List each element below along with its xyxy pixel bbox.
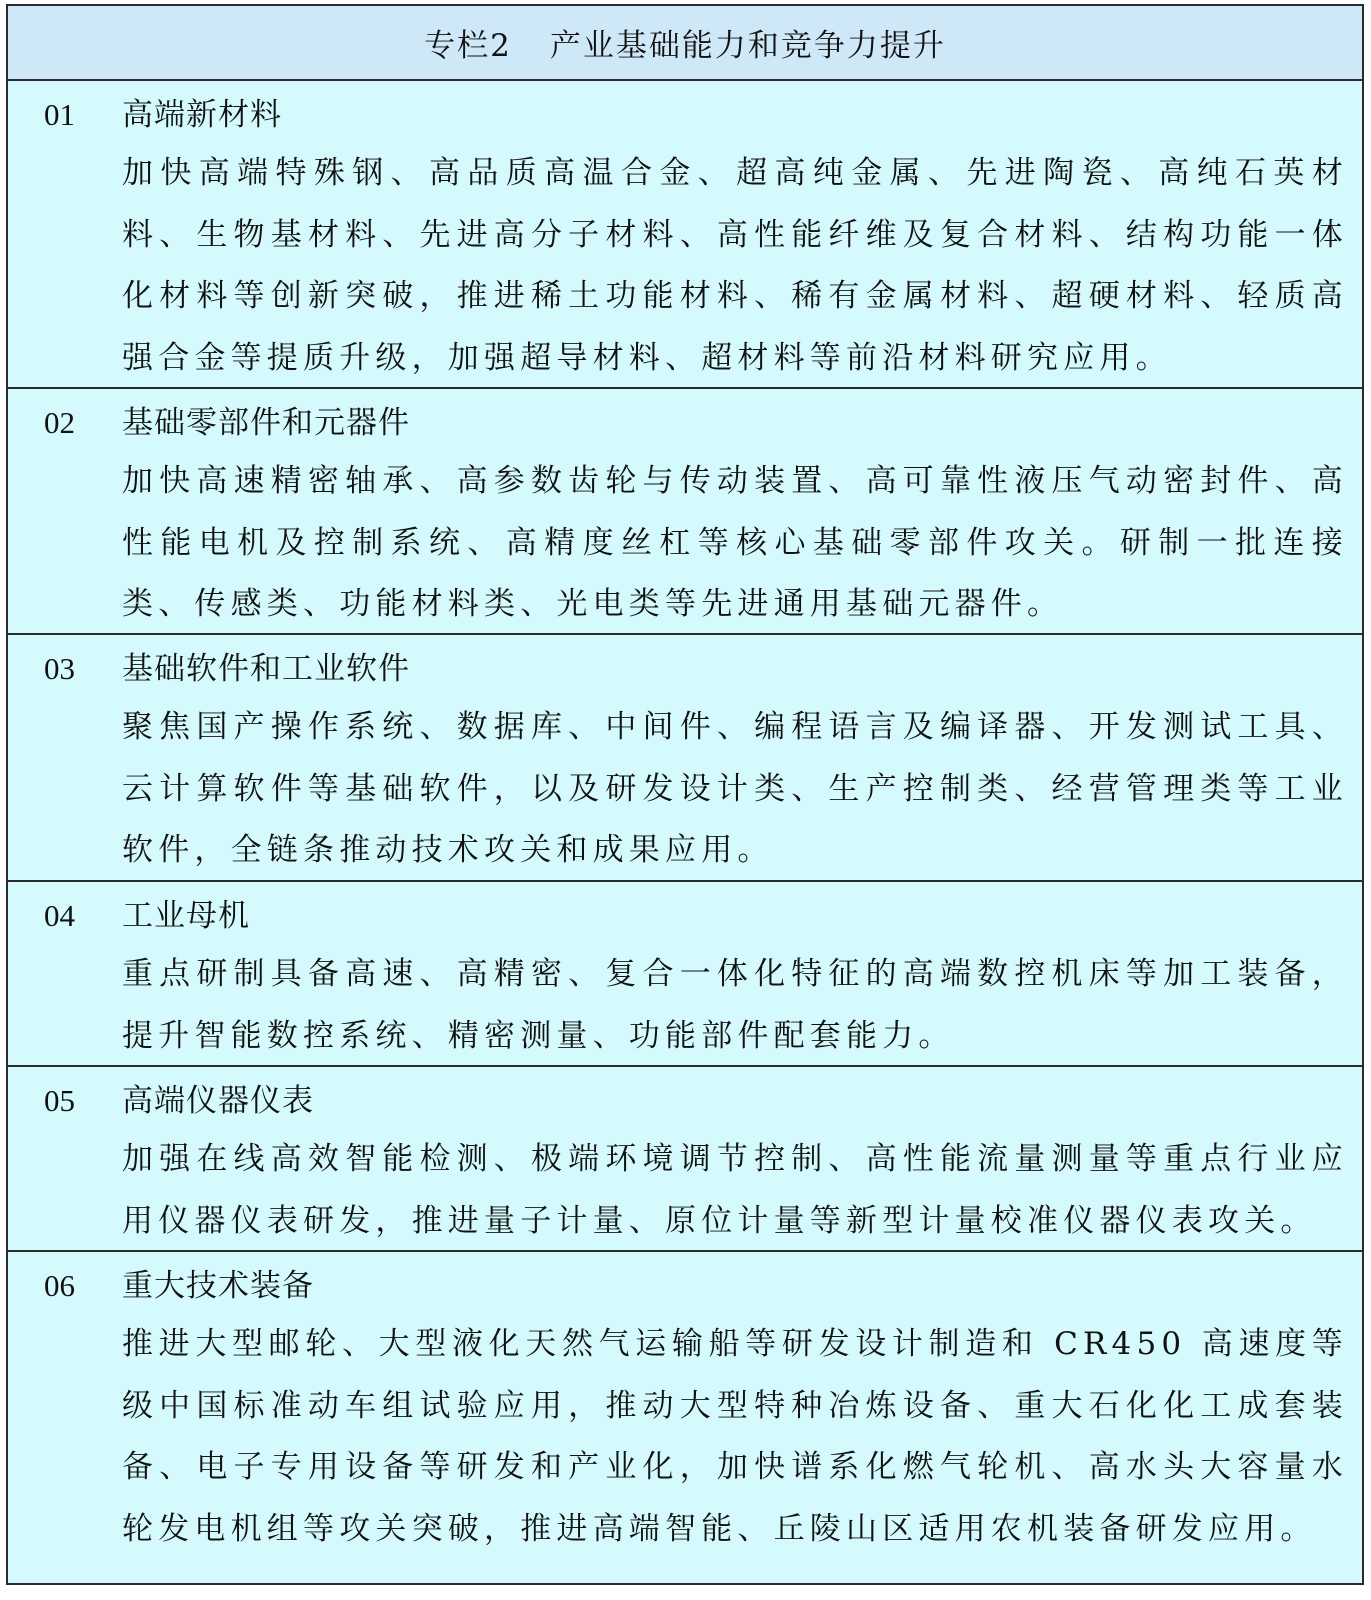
section-03: 03 基础软件和工业软件 聚焦国产操作系统、数据库、中间件、编程语言及编译器、开… bbox=[8, 635, 1362, 882]
column-label: 专栏2 bbox=[424, 20, 512, 65]
section-number: 03 bbox=[8, 651, 122, 687]
section-01: 01 高端新材料 加快高端特殊钢、高品质高温合金、超高纯金属、先进陶瓷、高纯石英… bbox=[8, 81, 1362, 389]
section-number: 02 bbox=[8, 405, 122, 441]
section-heading: 02 基础零部件和元器件 bbox=[8, 389, 1362, 451]
section-body: 重点研制具备高速、高精密、复合一体化特征的高端数控机床等加工装备，提升智能数控系… bbox=[122, 944, 1348, 1071]
section-body: 推进大型邮轮、大型液化天然气运输船等研发设计制造和 CR450 高速度等级中国标… bbox=[122, 1314, 1348, 1564]
section-05: 05 高端仪器仪表 加强在线高效智能检测、极端环境调节控制、高性能流量测量等重点… bbox=[8, 1067, 1362, 1252]
section-body: 加快高端特殊钢、高品质高温合金、超高纯金属、先进陶瓷、高纯石英材料、生物基材料、… bbox=[122, 143, 1348, 393]
section-heading: 03 基础软件和工业软件 bbox=[8, 635, 1362, 697]
section-title: 工业母机 bbox=[122, 890, 250, 935]
section-number: 06 bbox=[8, 1268, 122, 1304]
section-body: 加强在线高效智能检测、极端环境调节控制、高性能流量测量等重点行业应用仪器仪表研发… bbox=[122, 1129, 1348, 1256]
column-title: 产业基础能力和竞争力提升 bbox=[550, 20, 946, 65]
section-04: 04 工业母机 重点研制具备高速、高精密、复合一体化特征的高端数控机床等加工装备… bbox=[8, 882, 1362, 1067]
section-body: 加快高速精密轴承、高参数齿轮与传动装置、高可靠性液压气动密封件、高性能电机及控制… bbox=[122, 451, 1348, 640]
section-title: 重大技术装备 bbox=[122, 1260, 314, 1305]
section-number: 01 bbox=[8, 97, 122, 133]
box-header: 专栏2 产业基础能力和竞争力提升 bbox=[8, 6, 1362, 81]
section-heading: 01 高端新材料 bbox=[8, 81, 1362, 143]
section-number: 04 bbox=[8, 898, 122, 934]
section-heading: 06 重大技术装备 bbox=[8, 1252, 1362, 1314]
section-title: 高端仪器仪表 bbox=[122, 1075, 314, 1120]
section-02: 02 基础零部件和元器件 加快高速精密轴承、高参数齿轮与传动装置、高可靠性液压气… bbox=[8, 389, 1362, 635]
section-body: 聚焦国产操作系统、数据库、中间件、编程语言及编译器、开发测试工具、云计算软件等基… bbox=[122, 697, 1348, 886]
section-06: 06 重大技术装备 推进大型邮轮、大型液化天然气运输船等研发设计制造和 CR45… bbox=[8, 1252, 1362, 1583]
section-title: 高端新材料 bbox=[122, 89, 282, 134]
column-box: 专栏2 产业基础能力和竞争力提升 01 高端新材料 加快高端特殊钢、高品质高温合… bbox=[6, 4, 1364, 1585]
section-heading: 05 高端仪器仪表 bbox=[8, 1067, 1362, 1129]
section-number: 05 bbox=[8, 1083, 122, 1119]
section-title: 基础软件和工业软件 bbox=[122, 643, 410, 688]
section-heading: 04 工业母机 bbox=[8, 882, 1362, 944]
section-title: 基础零部件和元器件 bbox=[122, 397, 410, 442]
